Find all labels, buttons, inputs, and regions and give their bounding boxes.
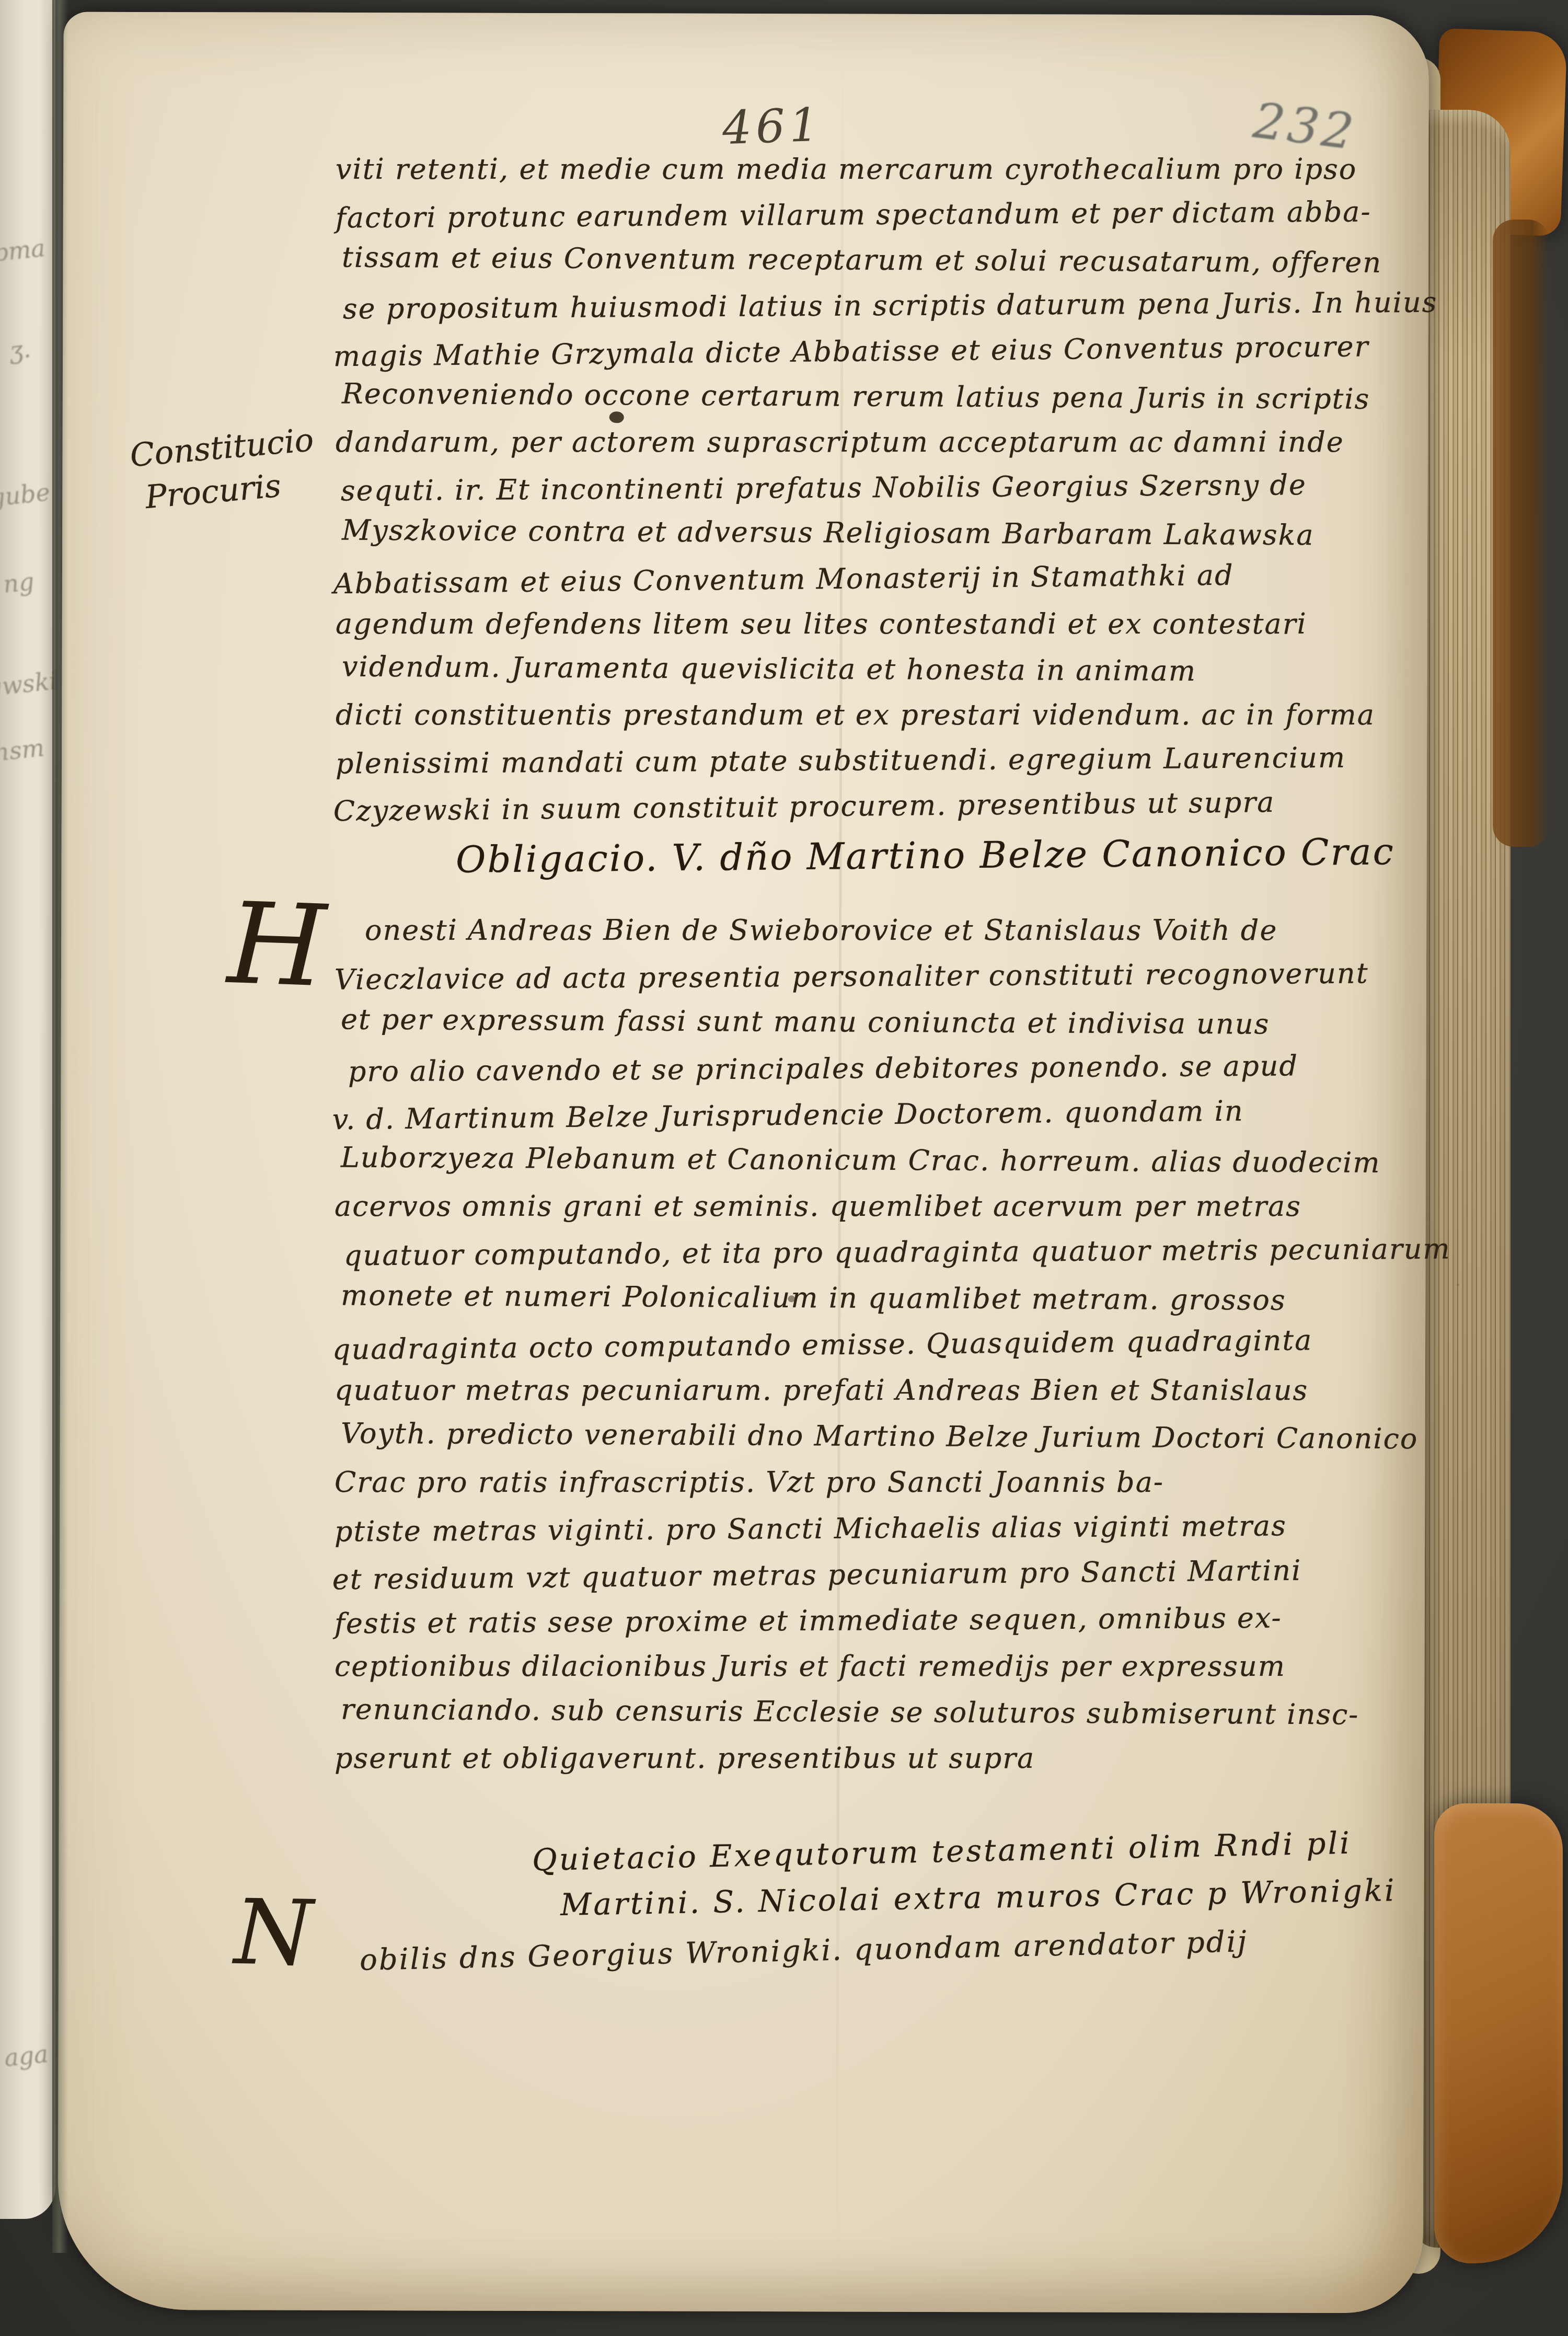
manuscript-line: monete et numeri Polonicalium in quamlib… — [341, 1279, 1457, 1330]
manuscript-line: Vieczlavice ad acta presentia personalit… — [335, 956, 1451, 1009]
folio-number-ink: 461 — [721, 98, 823, 155]
manuscript-line: Luborzyeza Plebanum et Canonicum Crac. h… — [341, 1141, 1457, 1192]
manuscript-line: onesti Andreas Bien de Swieborovice et S… — [365, 914, 1451, 960]
ghost-text-fragment: gwski — [0, 666, 55, 702]
manuscript-line: pserunt et obligaverunt. presentibus ut … — [335, 1742, 1451, 1788]
ghost-text-fragment: gube — [0, 478, 51, 512]
manuscript-line: quadraginta octo computando emisse. Quas… — [332, 1322, 1449, 1379]
manuscript-line: ceptionibus dilacionibus Juris et facti … — [335, 1650, 1451, 1696]
manuscript-line: pro alio cavendo et se principales debit… — [348, 1049, 1451, 1101]
manuscript-line: renunciando. sub censuris Ecclesie se so… — [341, 1693, 1457, 1744]
manuscript-line: magis Mathie Grzymala dicte Abbatisse et… — [333, 329, 1436, 385]
manuscript-line: dandarum, per actorem suprascriptum acce… — [336, 425, 1437, 471]
manuscript-line: et per expressum fassi sunt manu coniunc… — [341, 1003, 1457, 1054]
ghost-text-fragment: aga — [3, 2040, 49, 2073]
manuscript-line: v. d. Martinum Belze Jurisprudencie Doct… — [332, 1092, 1449, 1149]
ghost-text-fragment: pma — [0, 234, 47, 267]
manuscript-line: festis et ratis sese proxime et immediat… — [335, 1600, 1451, 1653]
manuscript-line: quatuor metras pecuniarum. prefati Andre… — [335, 1374, 1451, 1420]
manuscript-line: viti retenti, et medie cum media mercaru… — [336, 153, 1437, 198]
leather-cover-bottom-corner — [1434, 1803, 1563, 2263]
facing-page-edge: pma ʒ. gube ng gwski hsm aga — [0, 0, 55, 2219]
manuscript-line: Abbatissam et eius Conventum Monasterij … — [333, 557, 1436, 613]
entry-1-text: viti retenti, et medie cum media mercaru… — [336, 153, 1437, 835]
margin-note: Constitucio Procuris — [129, 419, 319, 520]
manuscript-line: factori protunc earundem villarum specta… — [336, 195, 1438, 247]
manuscript-line: acervos omnis grani et seminis. quemlibe… — [335, 1190, 1451, 1236]
entry-2-heading: Obligacio. V. dño Martino Belze Canonico… — [456, 830, 1396, 881]
manuscript-line: plenissimi mandati cum ptate substituend… — [336, 741, 1438, 793]
manuscript-line: Myszkovice contra et adversus Religiosam… — [342, 514, 1444, 565]
leather-cover-side — [1493, 220, 1549, 847]
entry-2-text: onesti Andreas Bien de Swieborovice et S… — [335, 914, 1451, 1788]
entry-3-initial-letter: N — [234, 1888, 314, 1979]
manuscript-line: Crac pro ratis infrascriptis. Vzt pro Sa… — [335, 1466, 1451, 1512]
manuscript-line: quatuor computando, et ita pro quadragin… — [344, 1233, 1451, 1285]
manuscript-line: ptiste metras viginti. pro Sancti Michae… — [335, 1508, 1451, 1561]
manuscript-line: videndum. Juramenta quevislicita et hone… — [342, 650, 1444, 701]
manuscript-line: sequti. ir. Et incontinenti prefatus Nob… — [341, 468, 1438, 520]
manuscript-line: dicti constituentis prestandum et ex pre… — [336, 698, 1437, 744]
manuscript-line: et residuum vzt quatuor metras pecuniaru… — [332, 1552, 1449, 1609]
manuscript-photo: pma ʒ. gube ng gwski hsm aga 461 232 Con… — [0, 0, 1568, 2336]
ghost-text-fragment: ng — [2, 567, 35, 599]
manuscript-line: agendum defendens litem seu lites contes… — [336, 607, 1437, 653]
manuscript-line: Reconveniendo occone certarum rerum lati… — [342, 377, 1444, 429]
gutter-shadow — [52, 0, 68, 2253]
manuscript-line: tissam et eius Conventum receptarum et s… — [342, 241, 1444, 292]
manuscript-line: se propositum huiusmodi latius in script… — [343, 286, 1438, 338]
entry-2-initial-letter: H — [226, 887, 328, 1003]
ghost-text-fragment: hsm — [0, 733, 45, 767]
manuscript-line: Voyth. predicto venerabili dno Martino B… — [341, 1417, 1457, 1468]
ghost-text-fragment: ʒ. — [8, 335, 32, 365]
